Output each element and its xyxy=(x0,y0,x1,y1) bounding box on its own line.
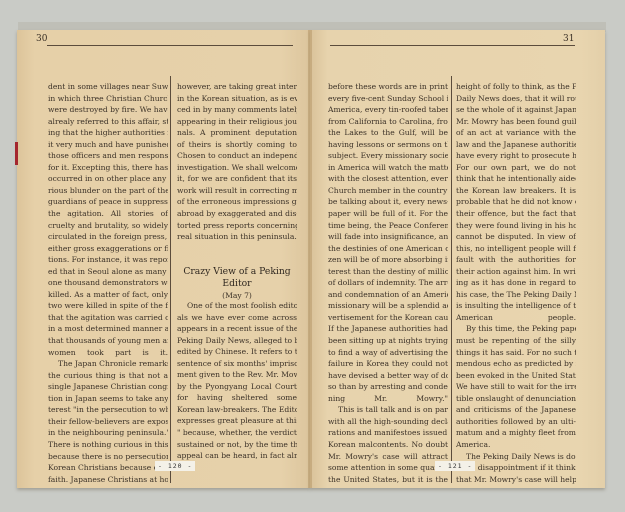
right-page-column-1: before these words are in print,every fi… xyxy=(328,81,448,485)
text-line: The Japan Chronicle remarks that xyxy=(48,358,168,370)
text-line: with all the high-sounding decla- xyxy=(328,416,448,428)
text-line: of the erroneous impressions given xyxy=(177,196,297,208)
text-line: tion in Japan seems to take any in- xyxy=(48,393,168,405)
text-line: in the Korean situation, as is evin- xyxy=(177,93,297,105)
text-line: ing that the higher authorities regret xyxy=(48,127,168,139)
text-line: alrealy referred to this affair, stat- xyxy=(48,116,168,128)
text-line: that Mr. Mowry's case will help xyxy=(456,474,576,486)
text-line: occurred in on other place any se- xyxy=(48,173,168,185)
text-line: height of folly to think, as the Peking xyxy=(456,81,576,93)
text-line: Chosen to conduct an independent xyxy=(177,150,297,162)
text-line: single Japanese Christian congrega- xyxy=(48,381,168,393)
text-line: women took part is it. xyxy=(48,347,168,359)
folio-right: - 121 - xyxy=(435,461,475,471)
text-line: edited by Chinese. It refers to the xyxy=(177,346,297,358)
text-line: be talking about it, every news- xyxy=(328,196,448,208)
text-line: that thousands of young men and xyxy=(48,335,168,347)
text-line: been sitting up at nights trying xyxy=(328,335,448,347)
text-line: and criticisms of the Japanese xyxy=(456,404,576,416)
text-line: If the Japanese authorities had xyxy=(328,323,448,335)
page-number-right: 31 xyxy=(563,34,574,44)
text-line: killed. As a matter of fact, only xyxy=(48,289,168,301)
text-line: for it. Excepting this, there has xyxy=(48,162,168,174)
text-line: Mr. Mowry has been found guilty xyxy=(456,116,576,128)
text-line: This is tall talk and is on par xyxy=(328,404,448,416)
article-title-line-1: Crazy View of a Peking xyxy=(177,266,297,278)
left-page-column-1: dent in some villages near Suwon,in whic… xyxy=(48,81,168,485)
column-divider-left xyxy=(170,76,171,483)
text-line: cruelty and brutality, so widely xyxy=(48,220,168,232)
text-line: ning Mr. Mowry." xyxy=(328,393,448,405)
left-page-column-2: however, are taking great interestin the… xyxy=(177,81,297,243)
text-line: in the neighbouring peninsula." xyxy=(48,427,168,439)
text-line: must be repenting of the silly xyxy=(456,335,576,347)
article-heading: Crazy View of a Peking Editor (May 7) xyxy=(177,266,297,301)
text-line: se the whole of it against Japan. xyxy=(456,104,576,116)
text-line: have devised a better way of doing xyxy=(328,370,448,382)
text-line: terest than the destiny of millions xyxy=(328,266,448,278)
text-line: rious blunder on the part of the xyxy=(48,185,168,197)
text-line: ed that in Seoul alone as many as xyxy=(48,266,168,278)
text-line: Peking Daily News, alleged to be xyxy=(177,335,297,347)
text-line: paper will be full of it. For the xyxy=(328,208,448,220)
text-line: by the Pyongyang Local Court xyxy=(177,381,297,393)
text-line: things it has said. For no such tre- xyxy=(456,347,576,359)
text-line: Korean Christians because of their xyxy=(48,462,168,474)
article-title-line-2: Editor xyxy=(177,278,297,290)
article-body: One of the most foolish editori-als we h… xyxy=(177,300,297,462)
text-line: time being, the Peace Conference xyxy=(328,220,448,232)
text-line: Korean law-breakers. The Editor xyxy=(177,404,297,416)
text-line: One of the most foolish editori- xyxy=(177,300,297,312)
text-line: their fellow-believers are exposed xyxy=(48,416,168,428)
text-line: the Korean law breakers. It is xyxy=(456,185,576,197)
header-rule-right xyxy=(330,45,575,46)
text-line: Church member in the country will xyxy=(328,185,448,197)
text-line: with the closest attention, every xyxy=(328,173,448,185)
text-line: those officers and men responsible xyxy=(48,150,168,162)
text-line: they were found living in his house xyxy=(456,220,576,232)
text-line: for having sheltered some xyxy=(177,392,297,404)
text-line: appeal can be heard, in fact almost xyxy=(177,450,297,462)
text-line: ced in by many comments lately xyxy=(177,104,297,116)
text-line: There is nothing curious in this, xyxy=(48,439,168,451)
text-line: circulated in the foreign press, are xyxy=(48,231,168,243)
text-line: in which three Christian Churches xyxy=(48,93,168,105)
text-line: been evoked in the United States. xyxy=(456,370,576,382)
text-line: America, every tin-roofed tabernacle xyxy=(328,104,448,116)
text-line: to find a way of advertising their xyxy=(328,347,448,359)
text-line: cannot be disputed. In view of xyxy=(456,231,576,243)
text-line: ing as it has done in regard to xyxy=(456,277,576,289)
text-line: Daily News does, that it will rou- xyxy=(456,93,576,105)
text-line: missionary will be a splendid ad- xyxy=(328,300,448,312)
header-rule-left xyxy=(47,45,293,46)
text-line: real situation in this peninsula. xyxy=(177,231,297,243)
text-line: By this time, the Peking paper xyxy=(456,323,576,335)
text-line: law and the Japanese authorities xyxy=(456,139,576,151)
text-line: als we have ever come across xyxy=(177,312,297,324)
text-line: sustained or not, by the time the xyxy=(177,439,297,451)
text-line: will fade into insignificance, and xyxy=(328,231,448,243)
text-line: it, for we are confident that its xyxy=(177,173,297,185)
text-line: faith. Japanese Christians at home, xyxy=(48,474,168,486)
text-line: the curious thing is that not a xyxy=(48,370,168,382)
text-line: work will result in correcting many xyxy=(177,185,297,197)
text-line: Mr. Mowry's case will attract xyxy=(328,451,448,463)
text-line: guardians of peace in suppressing xyxy=(48,196,168,208)
text-line: the Lakes to the Gulf, will be xyxy=(328,127,448,139)
text-line: torted press reports concerning the xyxy=(177,220,297,232)
text-line: " because, whether, the verdict be xyxy=(177,427,297,439)
text-line: investigation. We shall welcome xyxy=(177,162,297,174)
bookmark-ribbon xyxy=(15,142,18,165)
text-line: tible onslaught of denunciations xyxy=(456,393,576,405)
text-line: his case, the The Peking Daily News xyxy=(456,289,576,301)
text-line: either gross exaggerations or fic- xyxy=(48,243,168,255)
text-line: were destroyed by fire. We have xyxy=(48,104,168,116)
right-page-column-2: height of folly to think, as the PekingD… xyxy=(456,81,576,485)
text-line: because there is no persecution of xyxy=(48,451,168,463)
text-line: mendous echo as predicted by it has xyxy=(456,358,576,370)
column-divider-right xyxy=(451,76,452,483)
text-line: ment given to the Rev. Mr. Mowry xyxy=(177,369,297,381)
text-line: We have still to wait for the irresis- xyxy=(456,381,576,393)
text-line: fault with the authorities for xyxy=(456,254,576,266)
text-line: authorities followed by an ulti- xyxy=(456,416,576,428)
text-line: have every right to prosecute him. xyxy=(456,150,576,162)
text-line: abroad by exaggerated and dis- xyxy=(177,208,297,220)
text-line: their action against him. In writ- xyxy=(456,266,576,278)
text-line: Korean malcontents. No doubt xyxy=(328,439,448,451)
text-line: of dollars of indemnity. The arrest xyxy=(328,277,448,289)
text-line: of theirs is shortly coming to xyxy=(177,139,297,151)
text-line: it very much and have punished xyxy=(48,139,168,151)
text-line: that the agitation was carried out xyxy=(48,312,168,324)
text-line: vertisement for the Korean cause. xyxy=(328,312,448,324)
text-line: so than by arresting and condem- xyxy=(328,381,448,393)
text-line: their offence, but the fact that xyxy=(456,208,576,220)
text-line: matum and a mighty fleet from xyxy=(456,427,576,439)
text-line: nals. A prominent deputation xyxy=(177,127,297,139)
text-line: American people. xyxy=(456,312,576,324)
text-line: the United States, but it is the xyxy=(328,474,448,486)
text-line: having lessons or sermons on the xyxy=(328,139,448,151)
text-line: one thousand demonstrators were xyxy=(48,277,168,289)
text-line: probable that he did not know of xyxy=(456,196,576,208)
text-line: sentence of six months' imprison- xyxy=(177,358,297,370)
text-line: the destinies of one American citi- xyxy=(328,243,448,255)
text-line: of an act at variance with the xyxy=(456,127,576,139)
text-line: some attention in some quarters of xyxy=(328,462,448,474)
text-line: failure in Korea they could not xyxy=(328,358,448,370)
text-line: subject. Every missionary society xyxy=(328,150,448,162)
text-line: America. xyxy=(456,439,576,451)
text-line: in America will watch the matter xyxy=(328,162,448,174)
text-line: rations and manifestoes issued by xyxy=(328,427,448,439)
text-line: this, no intelligent people will find xyxy=(456,243,576,255)
text-line: zen will be of more absorbing in- xyxy=(328,254,448,266)
text-line: in a most determined manner and xyxy=(48,323,168,335)
text-line: appears in a recent issue of the xyxy=(177,323,297,335)
text-line: two were killed in spite of the fact xyxy=(48,300,168,312)
text-line: from California to Carolina, from xyxy=(328,116,448,128)
text-line: however, are taking great interest xyxy=(177,81,297,93)
book-gutter xyxy=(308,30,312,488)
folio-left: - 120 - xyxy=(155,461,195,471)
text-line: before these words are in print, xyxy=(328,81,448,93)
text-line: appearing in their religious jour- xyxy=(177,116,297,128)
page-number-left: 30 xyxy=(36,34,47,44)
text-line: terest "in the persecution to which xyxy=(48,404,168,416)
text-line: the agitation. All stories of xyxy=(48,208,168,220)
text-line: expresses great pleasure at this, xyxy=(177,415,297,427)
text-line: For our own part, we do not xyxy=(456,162,576,174)
text-line: tions. For instance, it was report- xyxy=(48,254,168,266)
text-line: think that he intentionally aided xyxy=(456,173,576,185)
text-line: is insulting the intelligence of the xyxy=(456,300,576,312)
text-line: dent in some villages near Suwon, xyxy=(48,81,168,93)
text-line: and condemnation of an American xyxy=(328,289,448,301)
text-line: every five-cent Sunday School in xyxy=(328,93,448,105)
